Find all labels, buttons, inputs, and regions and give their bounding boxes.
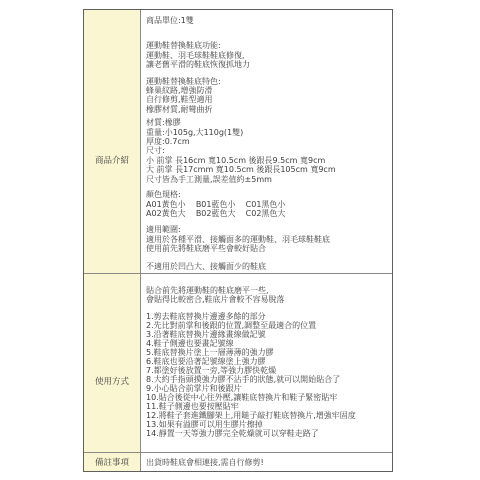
usage-steps-text: 1.剪去鞋底替換片邊邊多餘的部分 2.先比對前掌和後跟的位置,調整至最適合的位置…: [146, 312, 388, 438]
product-intro-content: 商品單位:1雙 運動鞋替換鞋底功能: 運動鞋、羽毛球鞋鞋底修復, 讓老舊平滑的鞋…: [141, 10, 392, 273]
table-row-notes: 備註事項 出貨時鞋底會相連接,需自行修剪!: [84, 453, 392, 471]
row-header-label: 商品介紹: [95, 154, 129, 166]
product-spec-table: 商品介紹 商品單位:1雙 運動鞋替換鞋底功能: 運動鞋、羽毛球鞋鞋底修復, 讓老…: [83, 9, 393, 472]
row-header-usage: 使用方式: [84, 274, 141, 452]
product-specs-text: 材質:橡膠 重量:小105g,大110g(1雙) 厚度:0.7cm 尺寸: 小 …: [146, 118, 388, 184]
product-scope-text: 適用範圍: 適用於各種平滑、接觸面多的運動鞋、羽毛球鞋鞋底 使用前先將鞋底磨平些…: [146, 225, 388, 253]
product-color-options-text: 顏色規格: A01黃色小 B01藍色小 C01黑色小 A02黃色大 B02藍色大…: [146, 190, 388, 218]
row-header-label: 備註事項: [95, 456, 129, 468]
row-header-notes: 備註事項: [84, 453, 141, 471]
product-unit-text: 商品單位:1雙: [146, 16, 388, 25]
row-header-product-intro: 商品介紹: [84, 10, 141, 273]
product-not-suitable-text: 不適用於凹凸大、接觸面少的鞋底: [146, 262, 388, 271]
product-function-text: 運動鞋替換鞋底功能: 運動鞋、羽毛球鞋鞋底修復, 讓老舊平滑的鞋底恢復抓地力: [146, 41, 388, 69]
notes-text: 出貨時鞋底會相連接,需自行修剪!: [146, 458, 264, 467]
product-features-text: 運動鞋替換鞋底特色: 蜂巢紋路,增強防滑 自行修剪,鞋型適用 橡膠材質,耐彎曲折: [146, 77, 388, 115]
table-row-usage: 使用方式 貼合前先將運動鞋的鞋底磨平一些, 會貼得比較密合,鞋底片會較不容易脫落…: [84, 274, 392, 453]
table-row-product-intro: 商品介紹 商品單位:1雙 運動鞋替換鞋底功能: 運動鞋、羽毛球鞋鞋底修復, 讓老…: [84, 10, 392, 274]
usage-content: 貼合前先將運動鞋的鞋底磨平一些, 會貼得比較密合,鞋底片會較不容易脫落 1.剪去…: [141, 274, 392, 452]
usage-intro-text: 貼合前先將運動鞋的鞋底磨平一些, 會貼得比較密合,鞋底片會較不容易脫落: [146, 286, 388, 304]
page-canvas: 商品介紹 商品單位:1雙 運動鞋替換鞋底功能: 運動鞋、羽毛球鞋鞋底修復, 讓老…: [0, 0, 480, 480]
notes-content: 出貨時鞋底會相連接,需自行修剪!: [141, 453, 392, 471]
row-header-label: 使用方式: [95, 375, 129, 387]
